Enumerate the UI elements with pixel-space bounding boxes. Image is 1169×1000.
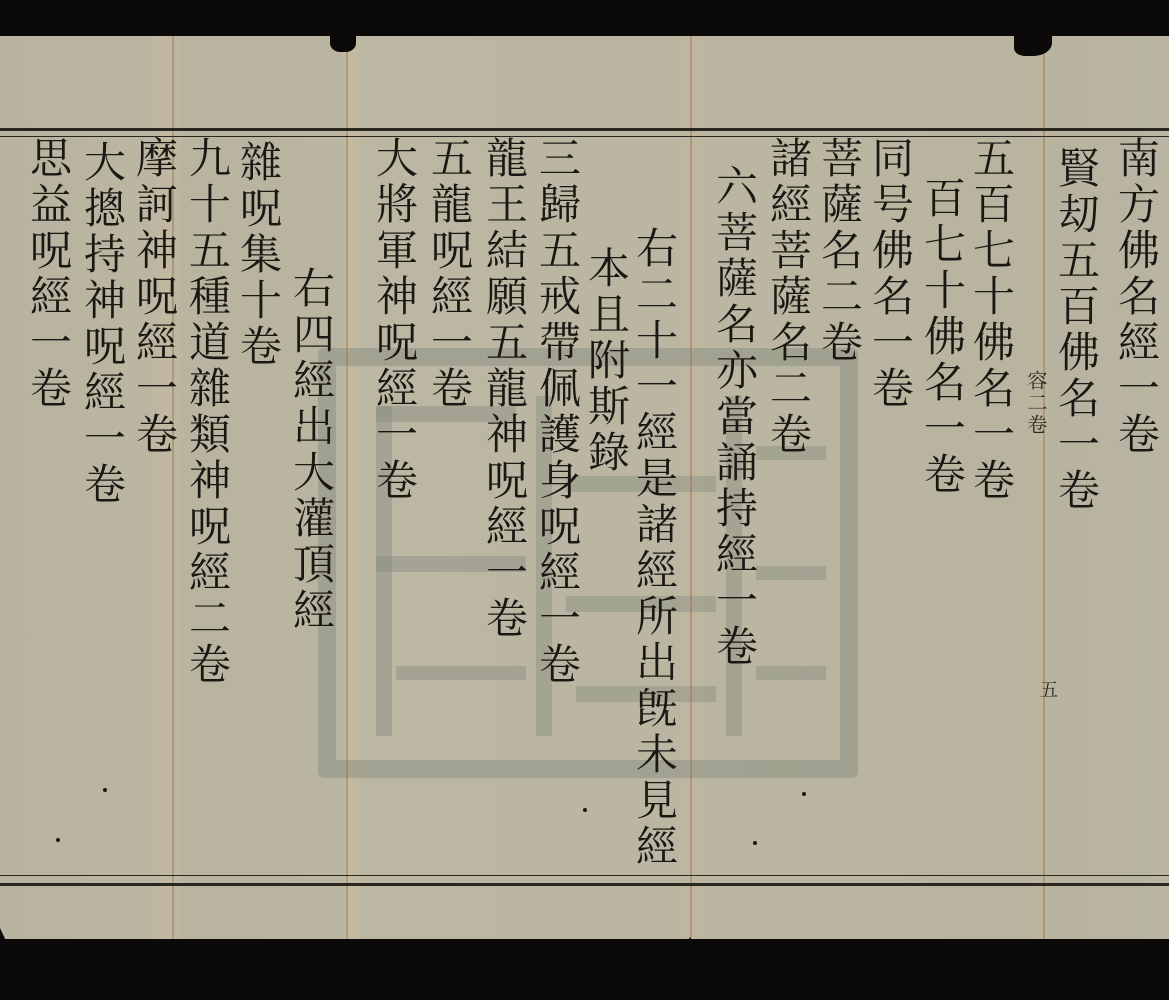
text-column: 大將軍神呪經一卷 (370, 136, 418, 504)
text-column: 五百七十佛名一卷 (967, 136, 1015, 504)
text-column: 百七十佛名一卷 (918, 176, 966, 498)
top-border-rule (0, 128, 1169, 131)
text-column: 龍王結願五龍神呪經一卷 (480, 136, 528, 642)
annotation-column: 右四經出大灌頂經 (287, 266, 335, 634)
text-column: 三歸五戒帶佩護身呪經一卷 (533, 136, 581, 688)
margin-note: 容二卷 (1025, 370, 1047, 436)
page-fold (1043, 36, 1045, 939)
text-column: 九十五種道雜類神呪經二卷 (183, 136, 231, 688)
text-column: 思益呪經一卷 (24, 136, 72, 412)
text-column: 摩訶神呪經一卷 (130, 136, 178, 458)
text-column: 菩薩名二卷 (815, 136, 863, 366)
annotation-column: 右二十一經是諸經所出旣未見經 (630, 226, 678, 870)
text-column: 諸經菩薩名二卷 (764, 136, 812, 458)
bottom-border-rule-inner (0, 875, 1169, 876)
bottom-border-rule (0, 883, 1169, 886)
print-dot (802, 792, 806, 796)
print-dot (583, 808, 587, 812)
binding-notch (1014, 30, 1052, 56)
print-dot (103, 788, 107, 792)
page-number: 五 (1040, 676, 1058, 702)
text-column: 雜呪集十卷 (234, 140, 282, 370)
print-dot (753, 841, 757, 845)
text-column: 南方佛名經一卷 (1112, 136, 1160, 458)
text-column: 同号佛名一卷 (866, 136, 914, 412)
binding-notch (330, 30, 356, 52)
scanned-page: 南方佛名經一卷 賢刧五百佛名一卷 容二卷 五百七十佛名一卷 百七十佛名一卷 同号… (0, 36, 1169, 939)
text-column: 賢刧五百佛名一卷 (1052, 146, 1100, 514)
print-dot (56, 838, 60, 842)
torn-edge (678, 937, 702, 957)
text-column: 六菩薩名亦當誦持經一卷 (710, 164, 758, 670)
text-column: 五龍呪經一卷 (425, 136, 473, 412)
annotation-column: 本且附斯錄 (582, 246, 630, 476)
text-column: 大摠持神呪經一卷 (78, 140, 126, 508)
